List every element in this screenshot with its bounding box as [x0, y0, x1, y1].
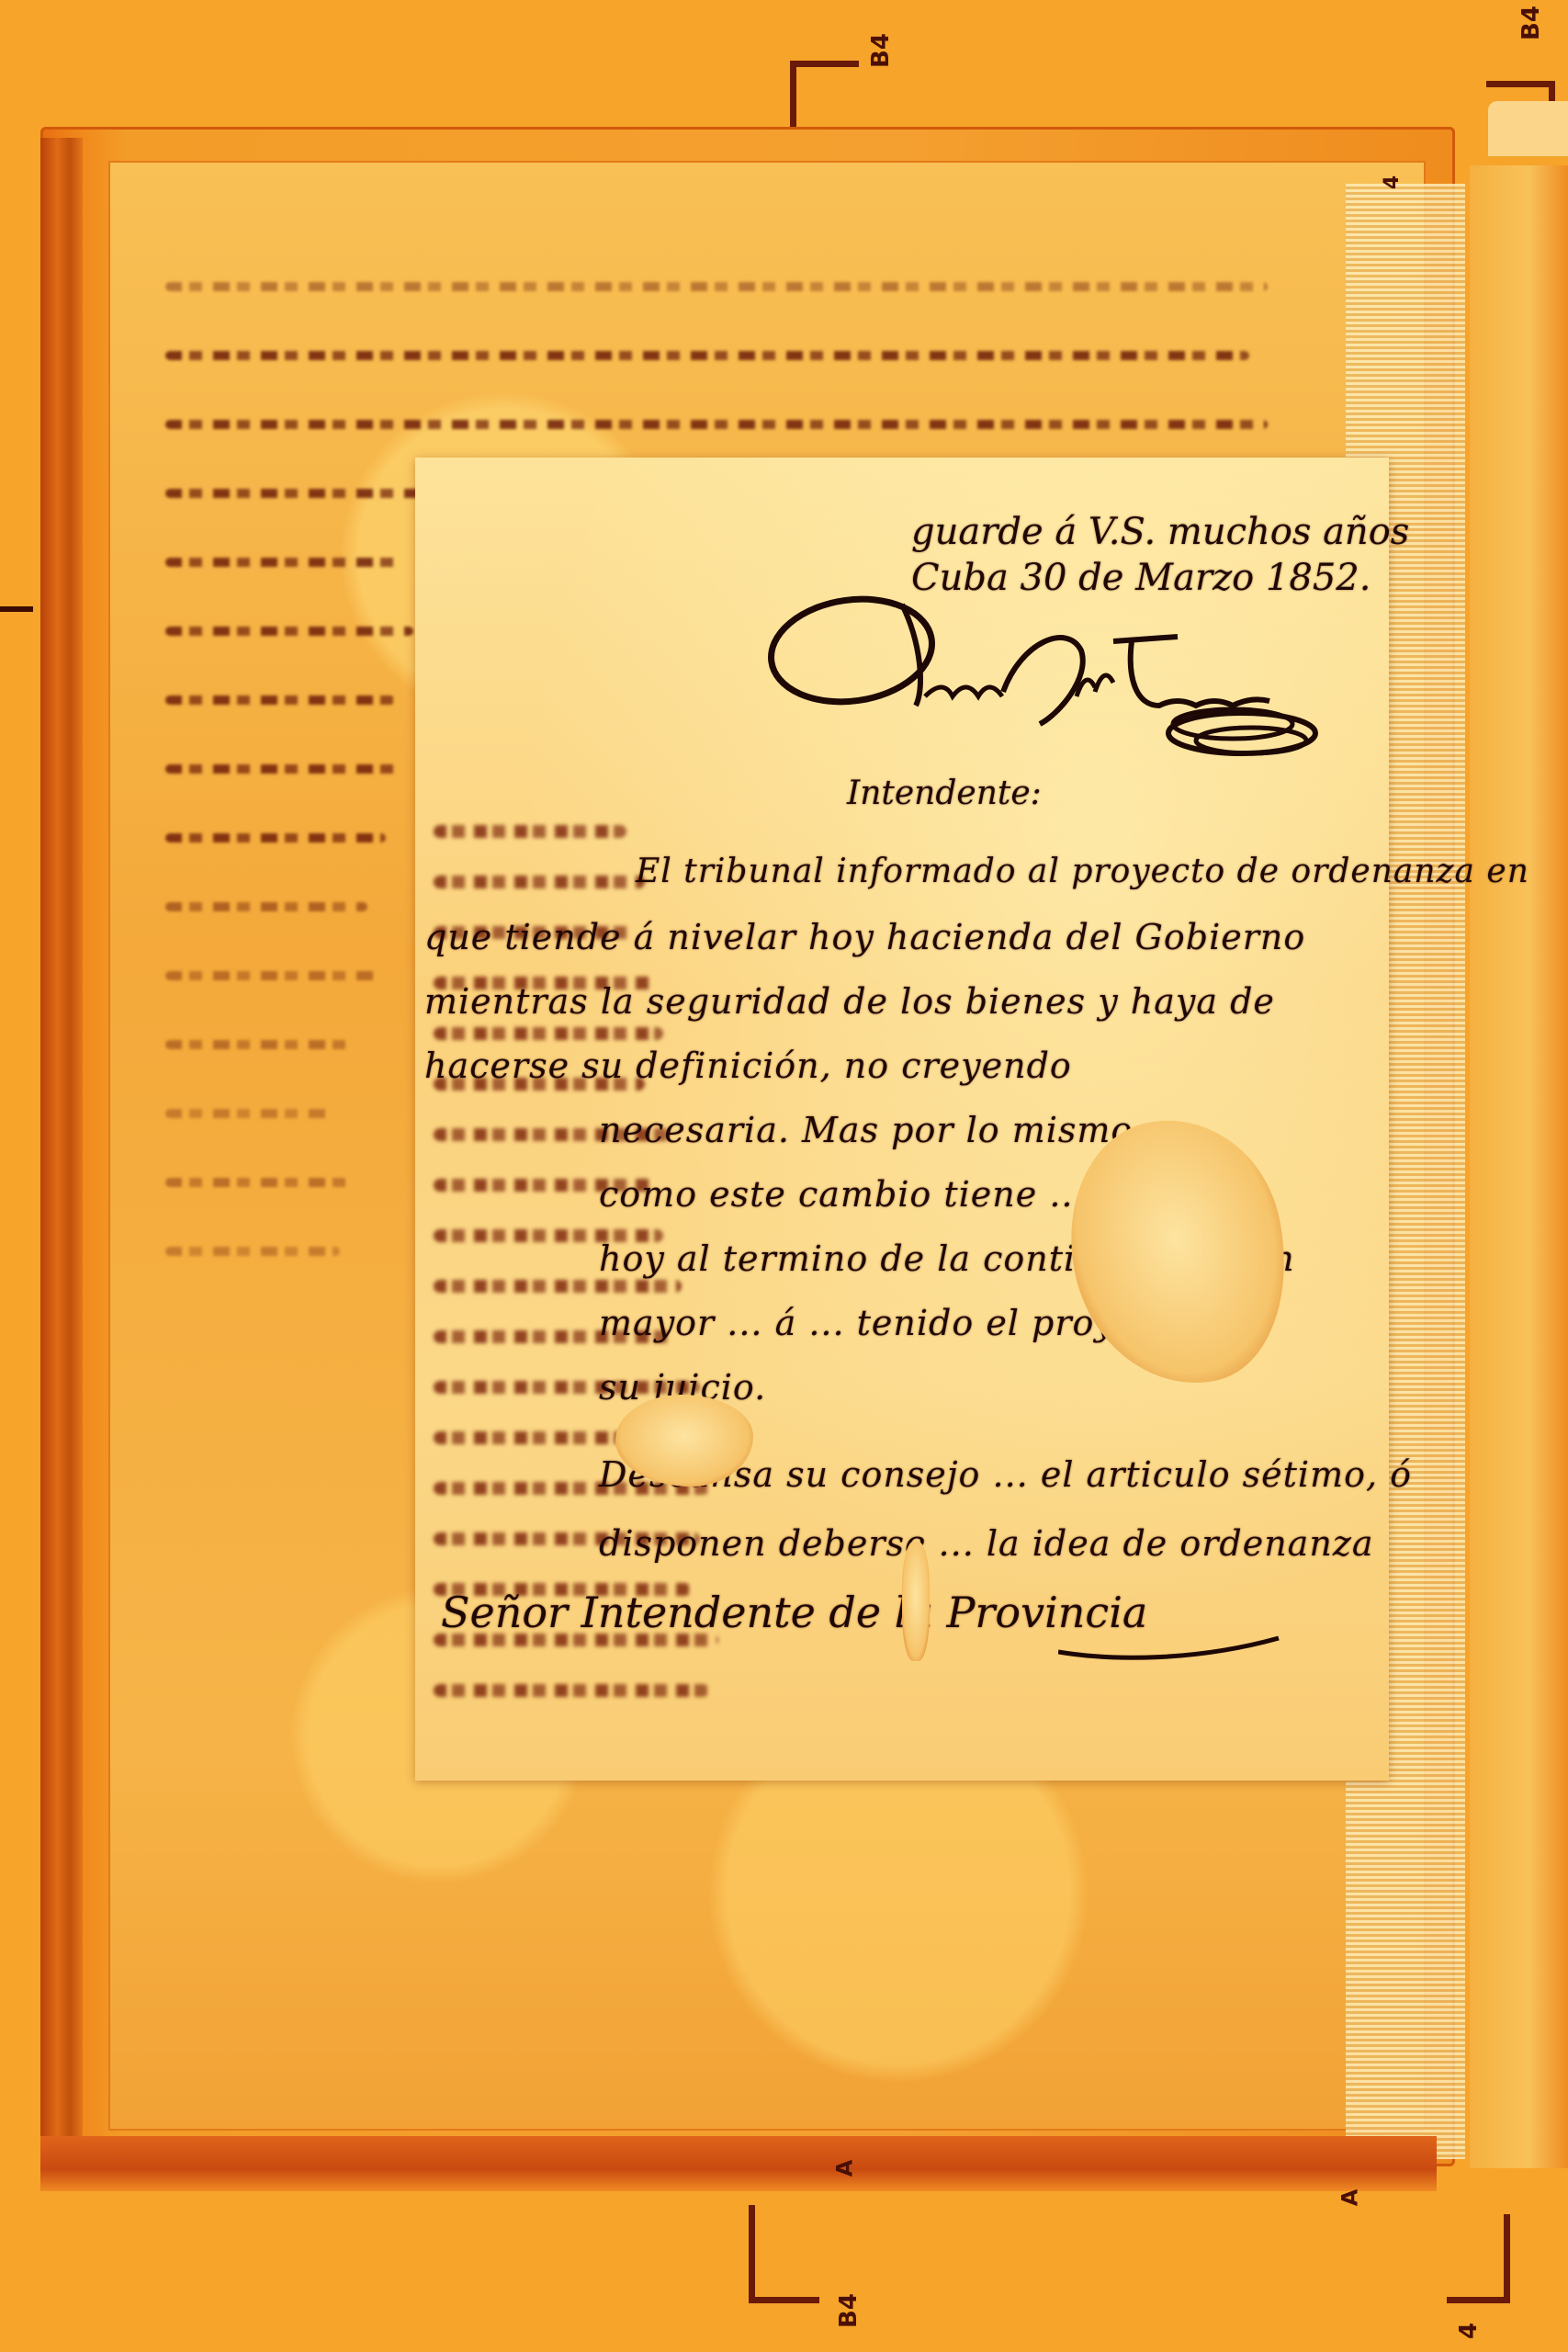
folder-bottom-edge	[40, 2136, 1437, 2191]
body-line-6: como este cambio tiene ...	[599, 1174, 1086, 1215]
crop-label-bottom-center: B4	[835, 2293, 863, 2328]
body-line-1: El tribunal informado al proyecto de ord…	[636, 853, 1529, 890]
body-line-5: necesaria. Mas por lo mismo	[599, 1110, 1133, 1150]
address-line: Señor Intendente de la Provincia	[441, 1588, 1147, 1637]
folder-tab	[1488, 101, 1568, 156]
body-line-4: hacerse su definición, no creyendo	[424, 1046, 1072, 1086]
crop-label-bottom-right: 4	[1455, 2323, 1483, 2339]
edge-label-4-top-right: 4	[1381, 175, 1404, 189]
crop-label-top-right: B4	[1517, 6, 1545, 40]
folder-right-strip	[1470, 165, 1568, 2168]
body-line-2: que tiende á nivelar hoy hacienda del Go…	[424, 917, 1305, 957]
body-line-3: mientras la seguridad de los bienes y ha…	[424, 981, 1275, 1022]
left-edge-tick	[0, 606, 33, 612]
crop-mark-bottom-right	[1447, 2214, 1510, 2303]
crop-mark-bottom-center	[749, 2205, 819, 2303]
edge-label-A-right: A	[1337, 2189, 1362, 2207]
signature-rubric-icon	[764, 586, 1334, 770]
body-line-11: disponen deberse ... la idea de ordenanz…	[599, 1523, 1374, 1564]
salutation: Intendente:	[847, 775, 1042, 812]
folder-spine	[40, 138, 83, 2159]
letter-page: guarde á V.S. muchos años Cuba 30 de Mar…	[415, 458, 1389, 1781]
crop-label-top-center: B4	[867, 33, 895, 68]
closing-line-1: guarde á V.S. muchos años	[911, 511, 1409, 553]
edge-label-A-left: A	[831, 2160, 857, 2177]
paper-tear-strip	[902, 1542, 930, 1661]
address-flourish-icon	[1058, 1629, 1288, 1666]
